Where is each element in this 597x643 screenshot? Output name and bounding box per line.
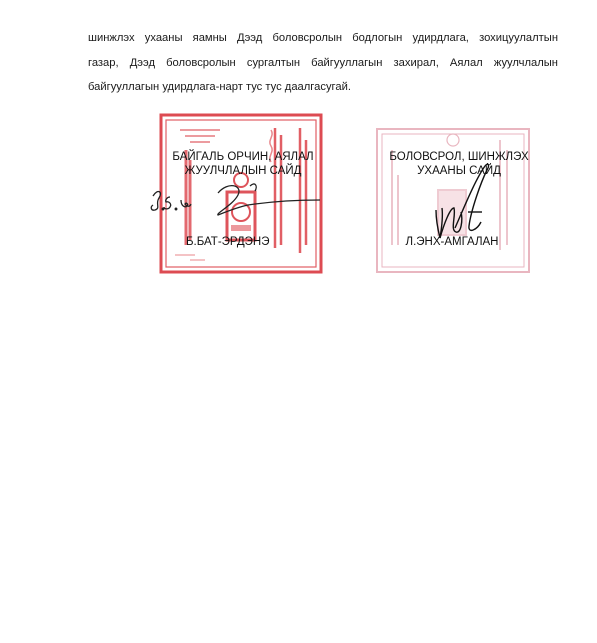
left-signature-icon [151, 184, 320, 215]
right-signatory-title: БОЛОВСРОЛ, ШИНЖЛЭХ УХААНЫ САЙД [384, 150, 534, 178]
right-title-line: УХААНЫ САЙД [384, 164, 534, 178]
right-signatory-name: Л.ЭНХ-АМГАЛАН [382, 235, 522, 249]
left-signatory-title: БАЙГАЛЬ ОРЧИН, АЯЛАЛ ЖУУЛЧЛАЛЫН САЙД [158, 150, 328, 178]
right-title-line: БОЛОВСРОЛ, ШИНЖЛЭХ [384, 150, 534, 164]
left-title-line: БАЙГАЛЬ ОРЧИН, АЯЛАЛ [158, 150, 328, 164]
left-title-line: ЖУУЛЧЛАЛЫН САЙД [158, 164, 328, 178]
stamps-and-signatures [0, 0, 597, 643]
left-signatory-name: Б.БАТ-ЭРДЭНЭ [186, 235, 286, 249]
